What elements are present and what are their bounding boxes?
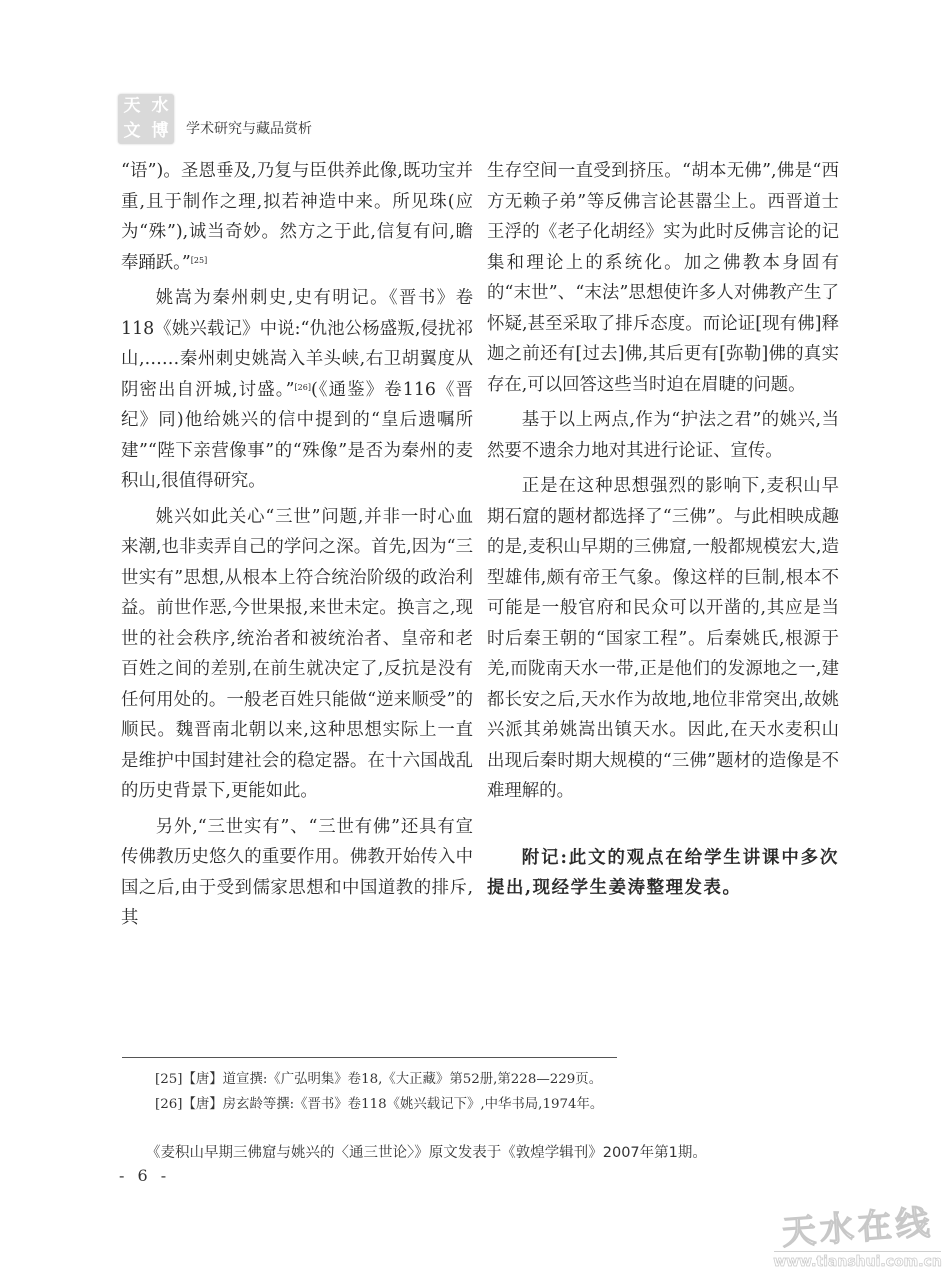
paragraph: 另外,“三世实有”、“三世有佛”还具有宣传佛教历史悠久的重要作用。佛教开始传入中… [121,812,473,934]
footnote-25: [25]【唐】道宣撰:《广弘明集》卷18,《大正藏》第52册,第228—229页… [155,1067,603,1092]
right-column: 生存空间一直受到挤压。“胡本无佛”,佛是“西方无赖子弟”等反佛言论甚嚣尘上。西晋… [487,156,839,909]
paragraph: “语”)。圣恩垂及,乃复与臣供养此像,既功宝并重,且于制作之理,拟若神造中来。所… [121,156,473,278]
section-title: 学术研究与藏品赏析 [186,118,312,138]
paragraph-text: “语”)。圣恩垂及,乃复与臣供养此像,既功宝并重,且于制作之理,拟若神造中来。所… [121,161,473,273]
author-note: 附记:此文的观点在给学生讲课中多次提出,现经学生姜涛整理发表。 [487,843,839,904]
paragraph-text: 生存空间一直受到挤压。“胡本无佛”,佛是“西方无赖子弟”等反佛言论甚嚣尘上。西晋… [487,161,839,395]
paragraph-text: 另外,“三世实有”、“三世有佛”还具有宣传佛教历史悠久的重要作用。佛教开始传入中… [121,817,473,929]
watermark-url: www.tianshui.com.cn [770,1254,945,1270]
paragraph: 基于以上两点,作为“护法之君”的姚兴,当然要不遗余力地对其进行论证、宣传。 [487,405,839,466]
source-note: 《麦积山早期三佛窟与姚兴的〈通三世论〉》原文发表于《敦煌学辑刊》2007年第1期… [146,1141,707,1162]
paragraph: 正是在这种思想强烈的影响下,麦积山早期石窟的题材都选择了“三佛”。与此相映成趣的… [487,471,839,807]
footnotes: [25]【唐】道宣撰:《广弘明集》卷18,《大正藏》第52册,第228—229页… [155,1067,603,1117]
footnote-divider [122,1057,617,1058]
paragraph-text: 正是在这种思想强烈的影响下,麦积山早期石窟的题材都选择了“三佛”。与此相映成趣的… [487,476,839,801]
museum-logo-icon: 天 水 文 博 [118,94,174,144]
page-number: - 6 - [119,1166,170,1185]
logo-char: 博 [146,119,174,144]
logo-char: 天 [118,94,146,119]
paragraph: 生存空间一直受到挤压。“胡本无佛”,佛是“西方无赖子弟”等反佛言论甚嚣尘上。西晋… [487,156,839,400]
left-column: “语”)。圣恩垂及,乃复与臣供养此像,既功宝并重,且于制作之理,拟若神造中来。所… [121,156,473,939]
paragraph: 姚嵩为秦州刺史,史有明记。《晋书》卷118《姚兴载记》中说:“仇池公杨盛叛,侵扰… [121,283,473,497]
footnote-ref[interactable]: [25] [191,256,207,265]
footnote-26: [26]【唐】房玄龄等撰:《晋书》卷118《姚兴载记下》,中华书局,1974年。 [155,1092,603,1117]
logo-char: 水 [146,94,174,119]
paragraph-text: 基于以上两点,作为“护法之君”的姚兴,当然要不遗余力地对其进行论证、宣传。 [487,410,839,461]
paragraph: 姚兴如此关心“三世”问题,并非一时心血来潮,也非卖弄自己的学问之深。首先,因为“… [121,502,473,807]
watermark-logo-icon: 天水在线 [769,1194,947,1255]
footnote-ref[interactable]: [26] [295,383,311,392]
paragraph-text: 姚兴如此关心“三世”问题,并非一时心血来潮,也非卖弄自己的学问之深。首先,因为“… [121,507,473,802]
logo-char: 文 [118,119,146,144]
page-header: 天 水 文 博 学术研究与藏品赏析 [118,88,312,144]
watermark: 天水在线 www.tianshui.com.cn [770,1200,945,1270]
